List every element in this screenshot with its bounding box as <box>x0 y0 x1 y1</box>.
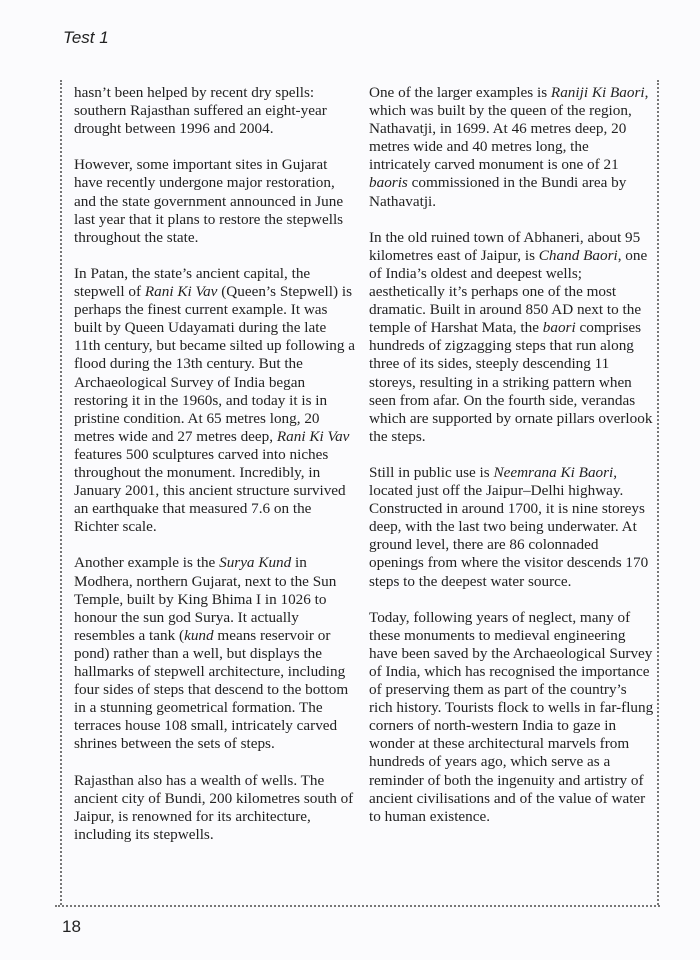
dotted-frame-right <box>657 80 659 905</box>
italic-term: kund <box>184 627 214 644</box>
italic-term: Surya Kund <box>219 554 291 571</box>
paragraph: Another example is the Surya Kund in Mod… <box>74 554 356 753</box>
italic-term: baoris <box>369 174 408 191</box>
paragraph: However, some important sites in Gujarat… <box>74 156 356 246</box>
paragraph: Today, following years of neglect, many … <box>369 609 654 826</box>
right-text-column: One of the larger examples is Raniji Ki … <box>369 84 654 844</box>
paragraph: hasn’t been helped by recent dry spells:… <box>74 84 356 138</box>
dotted-frame-left <box>60 80 62 905</box>
paragraph: Rajasthan also has a wealth of wells. Th… <box>74 772 356 844</box>
italic-term: Chand Baori <box>539 247 618 264</box>
dotted-frame-bottom <box>55 905 660 907</box>
paragraph: In Patan, the state’s ancient capital, t… <box>74 265 356 536</box>
page-number: 18 <box>62 917 81 937</box>
italic-term: Neemrana Ki Baori <box>493 464 613 481</box>
italic-term: baori <box>543 319 576 336</box>
paragraph: Still in public use is Neemrana Ki Baori… <box>369 464 654 591</box>
page-header-title: Test 1 <box>63 28 109 48</box>
italic-term: Rani Ki Vav <box>277 428 350 445</box>
left-text-column: hasn’t been helped by recent dry spells:… <box>74 84 356 862</box>
italic-term: Raniji Ki Baori <box>551 84 645 101</box>
italic-term: Rani Ki Vav <box>145 283 218 300</box>
paragraph: In the old ruined town of Abhaneri, abou… <box>369 229 654 446</box>
paragraph: One of the larger examples is Raniji Ki … <box>369 84 654 211</box>
